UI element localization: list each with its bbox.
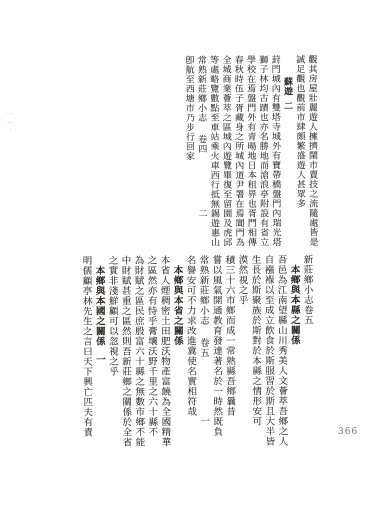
text-column: 觀其房屋壯麗遊人擁擠鬧市賣技之流隨處皆是: [305, 55, 318, 254]
banxin-folio-column: 常熟新莊鄉小志卷五一: [196, 255, 210, 462]
margin-annotation: ⋮⋮·: [6, 110, 14, 180]
text-column: 名譽安可不力求改進冀使名實相符哉: [183, 255, 197, 462]
section-heading-column: 本鄉與本國之關係一: [92, 255, 106, 462]
text-column: 本省人煙稠密土田肥沃物產富饒為全國精華: [157, 255, 171, 462]
section-heading-column: 蘇遊二: [281, 55, 294, 254]
text-column: 之區然亦有恃乎膏壤沃野千里之六十縣不: [144, 255, 158, 462]
text-column: 積三十六市鄉而成一常熟縣吾鄉曩昔: [222, 255, 236, 462]
text-column: 明儒顧亭林先生之言曰天下興亡匹夫有責: [79, 256, 93, 463]
top-text-block: 觀其房屋壯麗遊人擁擠鬧市賣技之流隨處皆是誠足觀也觀前市肆頗繁盛遊人甚眾多蘇遊二葑…: [182, 55, 318, 255]
bottom-text-block: 新莊鄉小志卷五本鄉與本縣之關係吾邑為江南望縣山川秀美人文薈萃吾鄉之人自襁褓以至成…: [76, 254, 314, 462]
text-column: 學校在焉盤門外有青暘地日本租界也胥門相傳: [244, 55, 257, 254]
text-column: 自襁褓以至成立飲食於斯服習於斯且大半皆: [261, 255, 275, 462]
text-column: 生長於斯聚族於斯對於本縣之情形安可: [248, 255, 262, 462]
text-column: 誠足觀也觀前市肆頗繁盛遊人甚眾多: [293, 55, 306, 254]
volume-title-column: 新莊鄉小志卷五: [300, 254, 314, 461]
section-heading-column: 本鄉與本縣之關係: [287, 254, 301, 461]
text-column: 獅子林均古蹟也亦名勝地而滄浪亭附設有省立: [256, 55, 269, 254]
text-column: 卽航至西塘市乃步行回家: [182, 55, 195, 254]
text-column: 春秋時伍子胥藏身之所城內道尹署在焉閶門為: [231, 55, 244, 254]
text-column: 全城商業薈萃之區城內遊覽畢復至留園及虎邱: [219, 55, 232, 254]
text-column: 為財賦之區民庶殷富六十縣之無數市鄉不能: [131, 255, 145, 462]
text-column: 等處略覽數點至車站乘火車西行抵無錫遊惠山: [207, 55, 220, 254]
text-column: 漠然視之乎: [235, 255, 249, 462]
text-column: 嘗以風氣開通教育發達著名於一時然既負: [209, 255, 223, 462]
page-number: 366: [338, 427, 358, 437]
banxin-folio-column: 常熟新莊鄉小志卷四二: [195, 55, 208, 254]
text-column: 吾邑為江南望縣山川秀美人文薈萃吾鄉之人: [274, 255, 288, 462]
text-column: 之實非淺鮮顧可以忽視之乎: [105, 255, 119, 462]
text-column: 葑門城內有雙塔寺城外有寶帶橋盤門內瑞光塔: [268, 55, 281, 254]
section-heading-column: 本鄉與本省之關係: [170, 255, 184, 462]
scanned-page: ⋮⋮· 觀其房屋壯麗遊人擁擠鬧市賣技之流隨處皆是誠足觀也觀前市肆頗繁盛遊人甚眾多…: [0, 0, 369, 517]
text-column: 中財賦甚重之區然則吾新莊鄉之關係於全省: [118, 255, 132, 462]
